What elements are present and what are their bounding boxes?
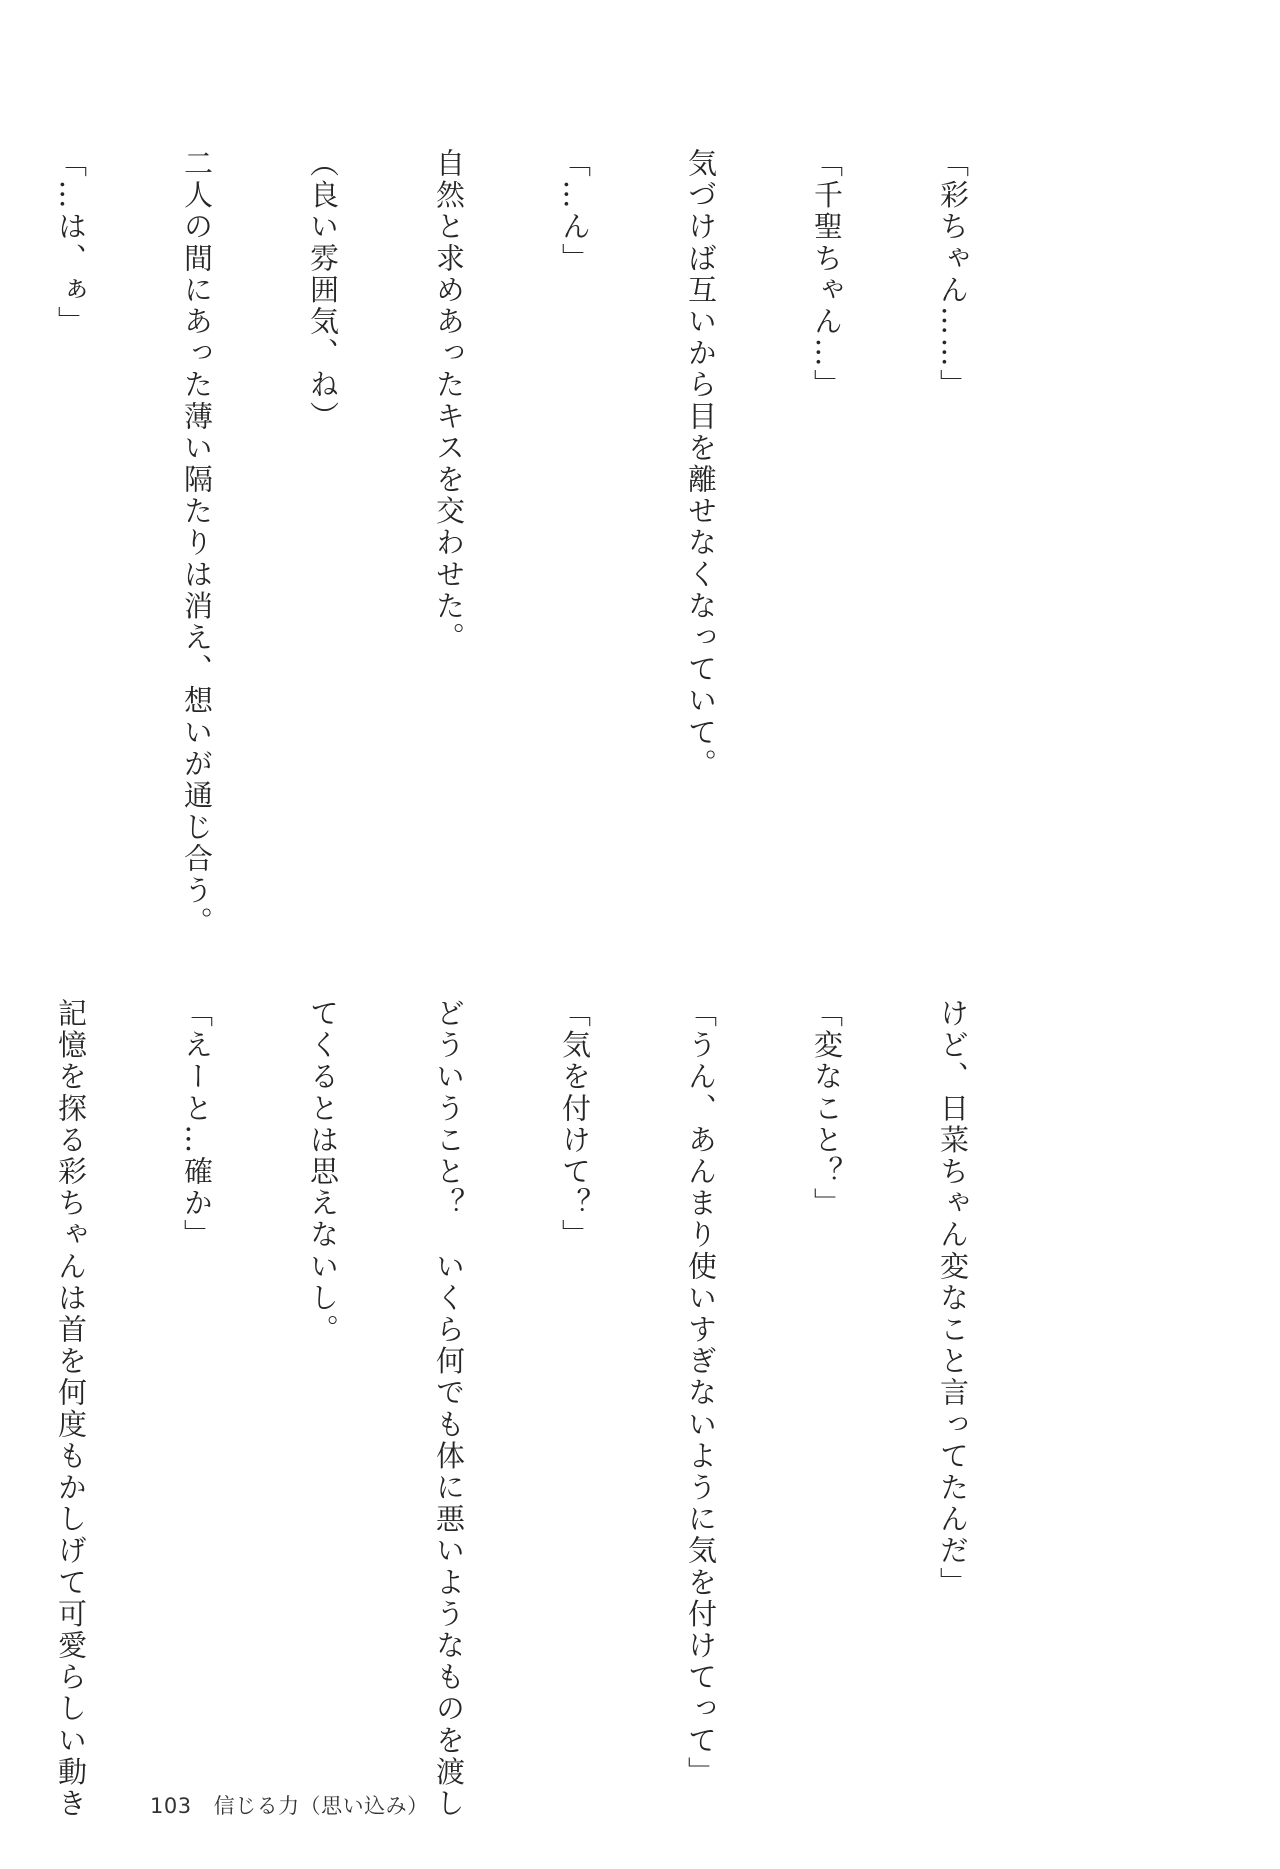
page-number: 103 (150, 1794, 192, 1818)
text-column: 「彩ちゃん……」 (932, 148, 974, 868)
text-column: てくるとは思えないし。 (302, 998, 344, 1718)
text-column: 「…ん」 (554, 148, 596, 868)
text-block-upper: 「彩ちゃん……」 「千聖ちゃん…」 気づけば互いから目を離せなくなっていて。 「… (128, 148, 1058, 868)
text-column: （良い雰囲気、ね） (302, 148, 344, 868)
running-title: 信じる力（思い込み） (214, 1794, 429, 1818)
text-column: 「気を付けて？」 (554, 998, 596, 1718)
text-column: けど、日菜ちゃん変なこと言ってたんだ」 (932, 998, 974, 1718)
text-column: 気づけば互いから目を離せなくなっていて。 (680, 148, 722, 868)
text-column: 「千聖ちゃん…」 (806, 148, 848, 868)
text-column: 「…は、ぁ」 (50, 148, 92, 868)
book-page: 「彩ちゃん……」 「千聖ちゃん…」 気づけば互いから目を離せなくなっていて。 「… (0, 0, 1280, 1869)
text-column: 「えーと…確か」 (176, 998, 218, 1718)
text-column: 「うん、あんまり使いすぎないように気を付けてって」 (680, 998, 722, 1718)
text-column: 自然と求めあったキスを交わせた。 (428, 148, 470, 868)
text-column: 記憶を探る彩ちゃんは首を何度もかしげて可愛らしい動き (50, 998, 92, 1718)
text-column: どういうこと？ いくら何でも体に悪いようなものを渡し (428, 998, 470, 1718)
text-column: 二人の間にあった薄い隔たりは消え、想いが通じ合う。 (176, 148, 218, 868)
text-column: 「変なこと？」 (806, 998, 848, 1718)
text-block-lower: けど、日菜ちゃん変なこと言ってたんだ」 「変なこと？」 「うん、あんまり使いすぎ… (128, 998, 1058, 1718)
page-footer: 103信じる力（思い込み） (150, 1790, 429, 1820)
